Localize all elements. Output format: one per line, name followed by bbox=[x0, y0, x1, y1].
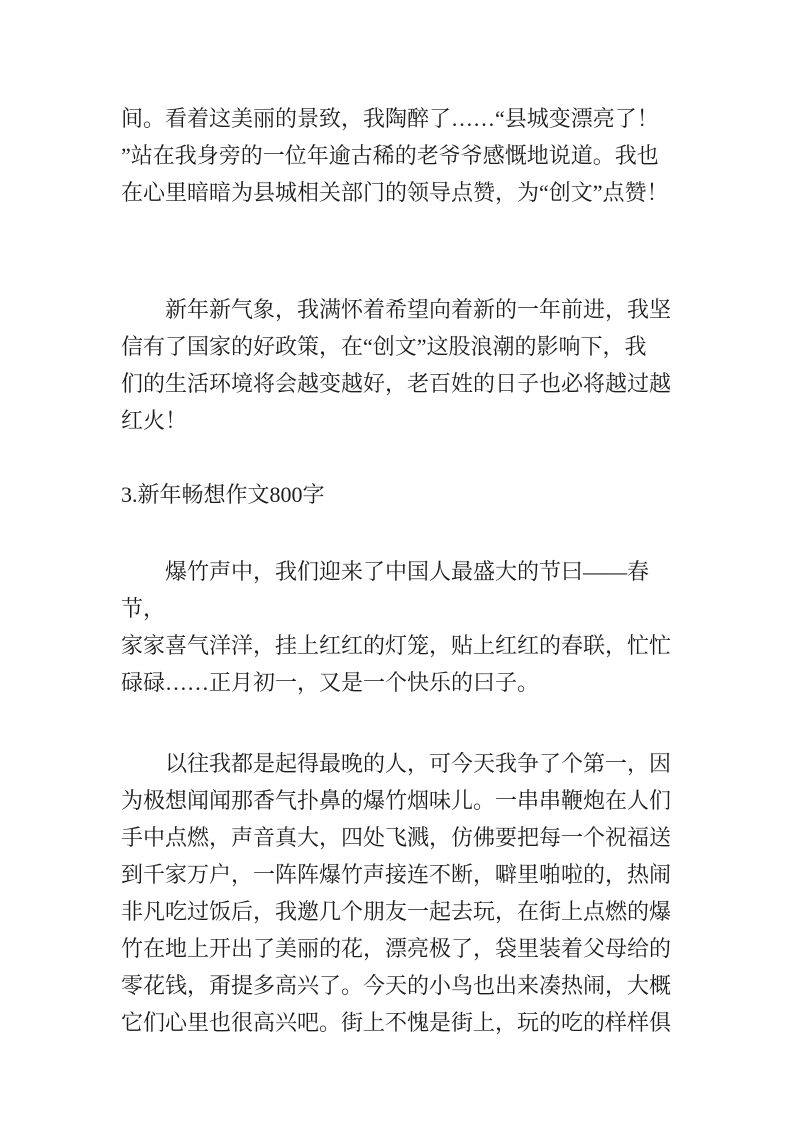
paragraph-new-year-hope: 新年新气象，我满怀着希望向着新的一年前进，我坚 信有了国家的好政策，在“创文”这… bbox=[121, 291, 681, 439]
paragraph-firecracker-morning: 以往我都是起得最晚的人，可今天我争了个第一，因 为极想闻闻那香气扑鼻的爆竹烟味儿… bbox=[121, 745, 681, 1041]
document-page: 间。看着这美丽的景致，我陶醉了……“县城变漂亮了！ ”站在我身旁的一位年逾古稀的… bbox=[0, 0, 800, 1132]
essay-3-heading: 3.新年畅想作文800字 bbox=[121, 476, 681, 513]
paragraph-spring-festival-arrival: 爆竹声中，我们迎来了中国人最盛大的节曰——春节， 家家喜气洋洋，挂上红红的灯笼，… bbox=[121, 553, 681, 701]
paragraph-county-beautiful-continued: 间。看着这美丽的景致，我陶醉了……“县城变漂亮了！ ”站在我身旁的一位年逾古稀的… bbox=[121, 100, 681, 211]
document-content: 间。看着这美丽的景致，我陶醉了……“县城变漂亮了！ ”站在我身旁的一位年逾古稀的… bbox=[121, 0, 681, 1041]
